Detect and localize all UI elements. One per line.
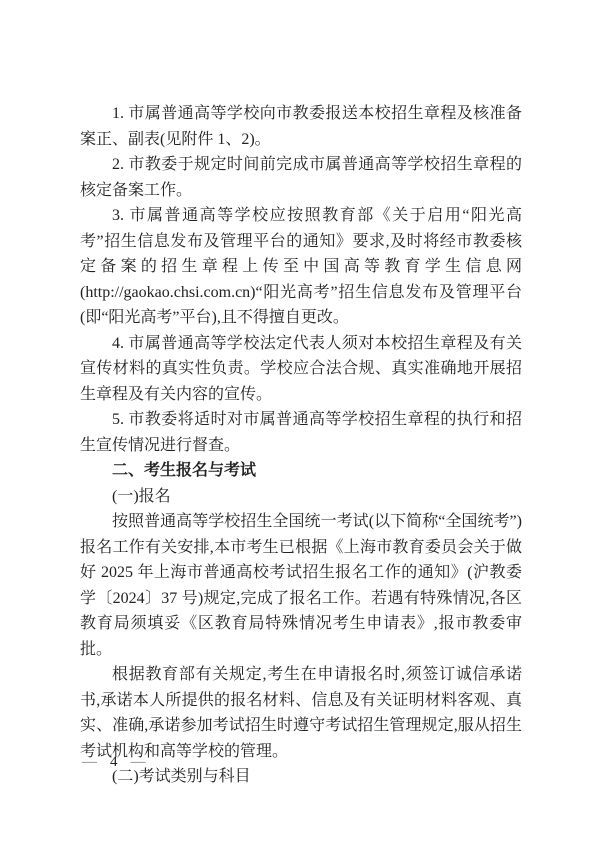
paragraph: 根据教育部有关规定,考生在申请报名时,须签订诚信承诺书,承诺本人所提供的报名材料… <box>80 662 522 764</box>
paragraph: 5. 市教委将适时对市属普通高等学校招生章程的执行和招生宣传情况进行督查。 <box>80 407 522 458</box>
section-heading: 二、考生报名与考试 <box>80 458 522 484</box>
footer-dash-right: — <box>131 752 146 772</box>
paragraph: 1. 市属普通高等学校向市教委报送本校招生章程及核准备案正、副表(见附件 1、2… <box>80 101 522 152</box>
document-page: 1. 市属普通高等学校向市教委报送本校招生章程及核准备案正、副表(见附件 1、2… <box>0 0 595 842</box>
section-heading: (二)考试类别与科目 <box>80 764 522 790</box>
paragraph: 3. 市属普通高等学校应按照教育部《关于启用“阳光高考”招生信息发布及管理平台的… <box>80 203 522 331</box>
paragraph: 2. 市教委于规定时间前完成市属普通高等学校招生章程的核定备案工作。 <box>80 152 522 203</box>
page-footer: — 4 — <box>82 752 146 772</box>
paragraph: 按照普通高等学校招生全国统一考试(以下简称“全国统考”)报名工作有关安排,本市考… <box>80 509 522 662</box>
section-heading: (一)报名 <box>80 484 522 510</box>
paragraph: 4. 市属普通高等学校法定代表人须对本校招生章程及有关宣传材料的真实性负责。学校… <box>80 331 522 408</box>
page-number: 4 <box>110 752 118 772</box>
footer-dash-left: — <box>82 752 97 772</box>
document-body: 1. 市属普通高等学校向市教委报送本校招生章程及核准备案正、副表(见附件 1、2… <box>80 101 522 790</box>
